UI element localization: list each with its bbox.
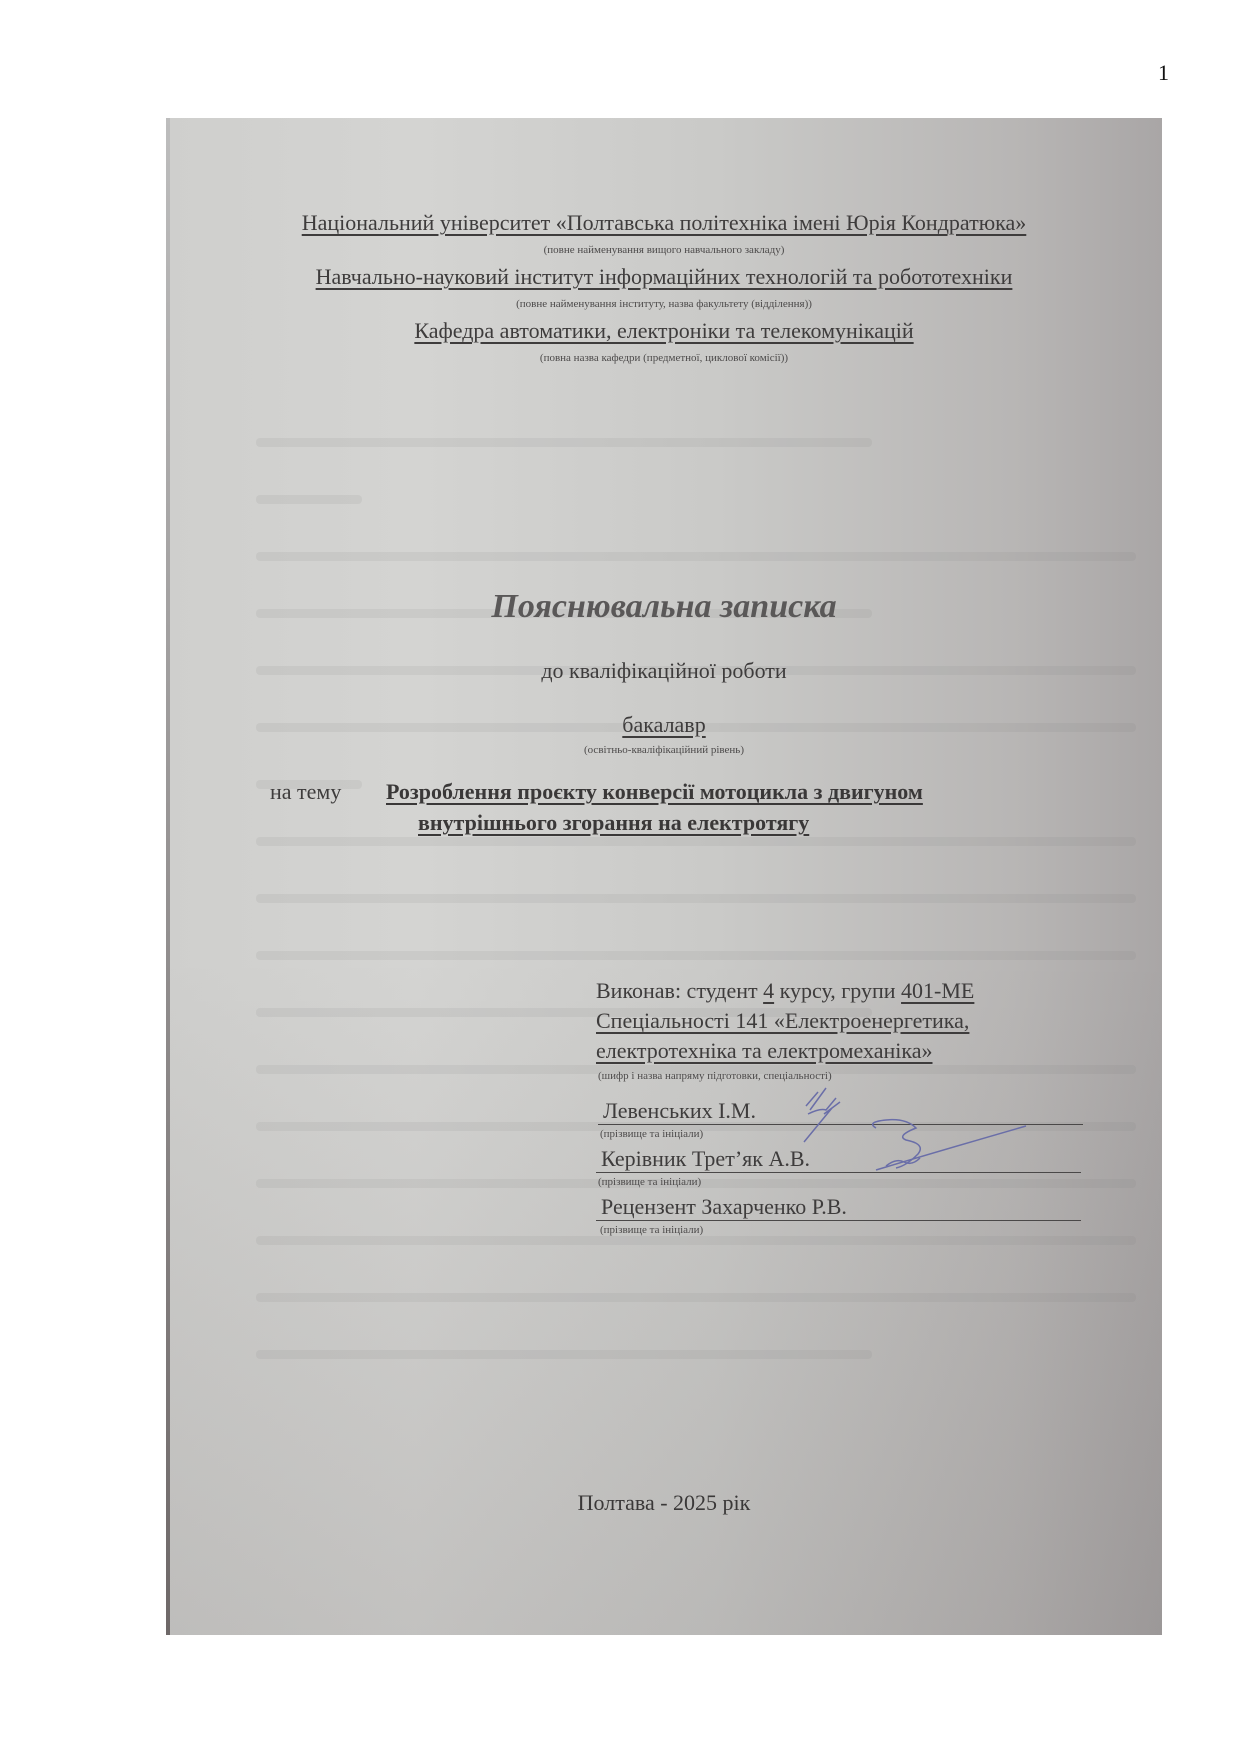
qualification-level-caption: (освітньо-кваліфікаційний рівень)	[166, 744, 1162, 756]
group-code: 401-МЕ	[901, 978, 974, 1003]
theme-line-2: внутрішнього згорання на електротягу	[418, 810, 809, 836]
author-line: Виконав: студент 4 курсу, групи 401-МЕ	[596, 978, 974, 1004]
department-name: Кафедра автоматики, електроніки та телек…	[166, 318, 1162, 344]
theme-label: на тему	[270, 779, 341, 805]
qualification-level: бакалавр	[166, 712, 1162, 738]
student-signature-icon	[796, 1084, 856, 1144]
institute-name: Навчально-науковий інститут інформаційни…	[166, 264, 1162, 290]
performed-prefix: Виконав: студент	[596, 978, 763, 1003]
student-signature-caption: (прізвище та ініціали)	[600, 1128, 703, 1140]
course-number: 4	[763, 978, 774, 1003]
specialty-caption: (шифр і назва напряму підготовки, спеціа…	[598, 1070, 832, 1082]
reviewer-signature-caption: (прізвище та ініціали)	[600, 1224, 703, 1236]
university-caption: (повне найменування вищого навчального з…	[166, 244, 1162, 256]
document-photo: Національний університет «Полтавська пол…	[166, 118, 1162, 1635]
department-caption: (повна назва кафедри (предметної, циклов…	[166, 352, 1162, 364]
bleed-through-text	[256, 438, 1136, 1407]
document-subtitle: до кваліфікаційної роботи	[166, 658, 1162, 684]
specialty-line-2: електротехніка та електромеханіка»	[596, 1038, 933, 1064]
page-number: 1	[1158, 60, 1169, 86]
course-suffix: курсу, групи	[774, 978, 901, 1003]
supervisor-signature-icon	[856, 1118, 1036, 1178]
city-year: Полтава - 2025 рік	[166, 1490, 1162, 1516]
document-title: Пояснювальна записка	[166, 588, 1162, 626]
supervisor-signature-caption: (прізвище та ініціали)	[598, 1176, 701, 1188]
theme-line-1: Розроблення проєкту конверсії мотоцикла …	[386, 779, 923, 805]
specialty-line-1: Спеціальності 141 «Електроенергетика,	[596, 1008, 969, 1034]
university-name: Національний університет «Полтавська пол…	[166, 210, 1162, 236]
institute-caption: (повне найменування інституту, назва фак…	[166, 298, 1162, 310]
reviewer-signature-line: Рецензент Захарченко Р.В.	[596, 1194, 1081, 1221]
